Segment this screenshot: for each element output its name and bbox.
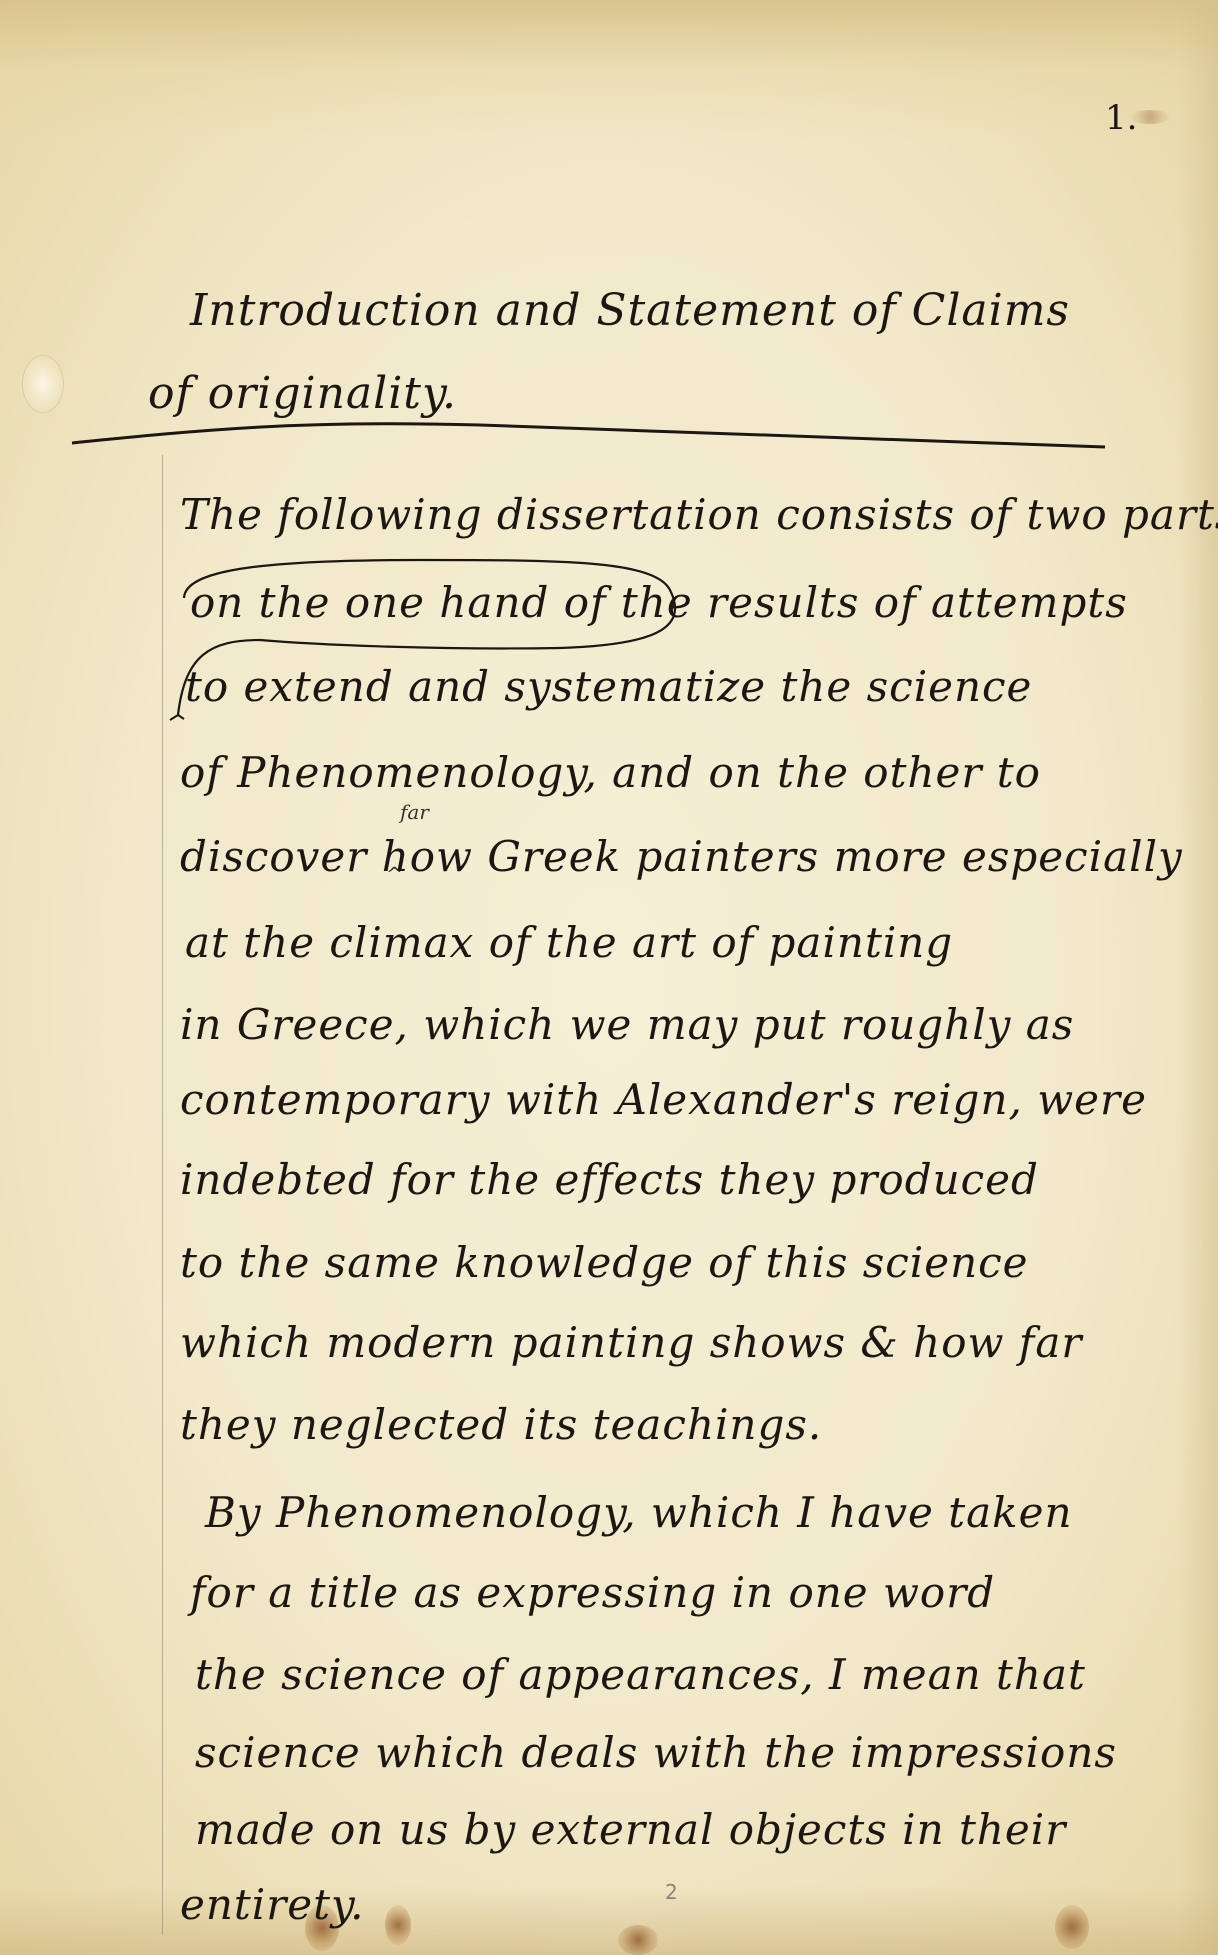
text-line: entirety. [180, 1880, 365, 1929]
text-line: which modern painting shows & how far [180, 1318, 1082, 1367]
text-line: for a title as expressing in one word [190, 1568, 995, 1617]
text-line: to the same knowledge of this science [180, 1238, 1029, 1287]
text-line: The following dissertation consists of t… [180, 490, 1218, 539]
text-line: on the one hand of the results of attemp… [190, 578, 1128, 627]
text-line: science which deals with the impressions [195, 1728, 1117, 1777]
text-line: at the climax of the art of painting [185, 918, 953, 967]
text-line: they neglected its teachings. [180, 1400, 822, 1449]
pencil-page-number: 2 [665, 1880, 678, 1904]
text-line: to extend and systematize the science [185, 662, 1032, 711]
text-line: made on us by external objects in their [195, 1805, 1066, 1854]
text-line: the science of appearances, I mean that [195, 1650, 1086, 1699]
text-line: in Greece, which we may put roughly as [180, 1000, 1074, 1049]
heading-underline [72, 424, 1105, 447]
text-line: By Phenomenology, which I have taken [205, 1488, 1073, 1537]
text-line: contemporary with Alexander's reign, wer… [180, 1075, 1147, 1124]
insertion-word: far [400, 800, 429, 824]
manuscript-page: 1. Introduction and Statement of Claims … [0, 0, 1218, 1955]
text-line: indebted for the effects they produced [180, 1155, 1039, 1204]
text-line: of Phenomenology, and on the other to [180, 748, 1041, 797]
circle-tail [170, 715, 184, 720]
text-line: discover how Greek painters more especia… [180, 832, 1183, 881]
